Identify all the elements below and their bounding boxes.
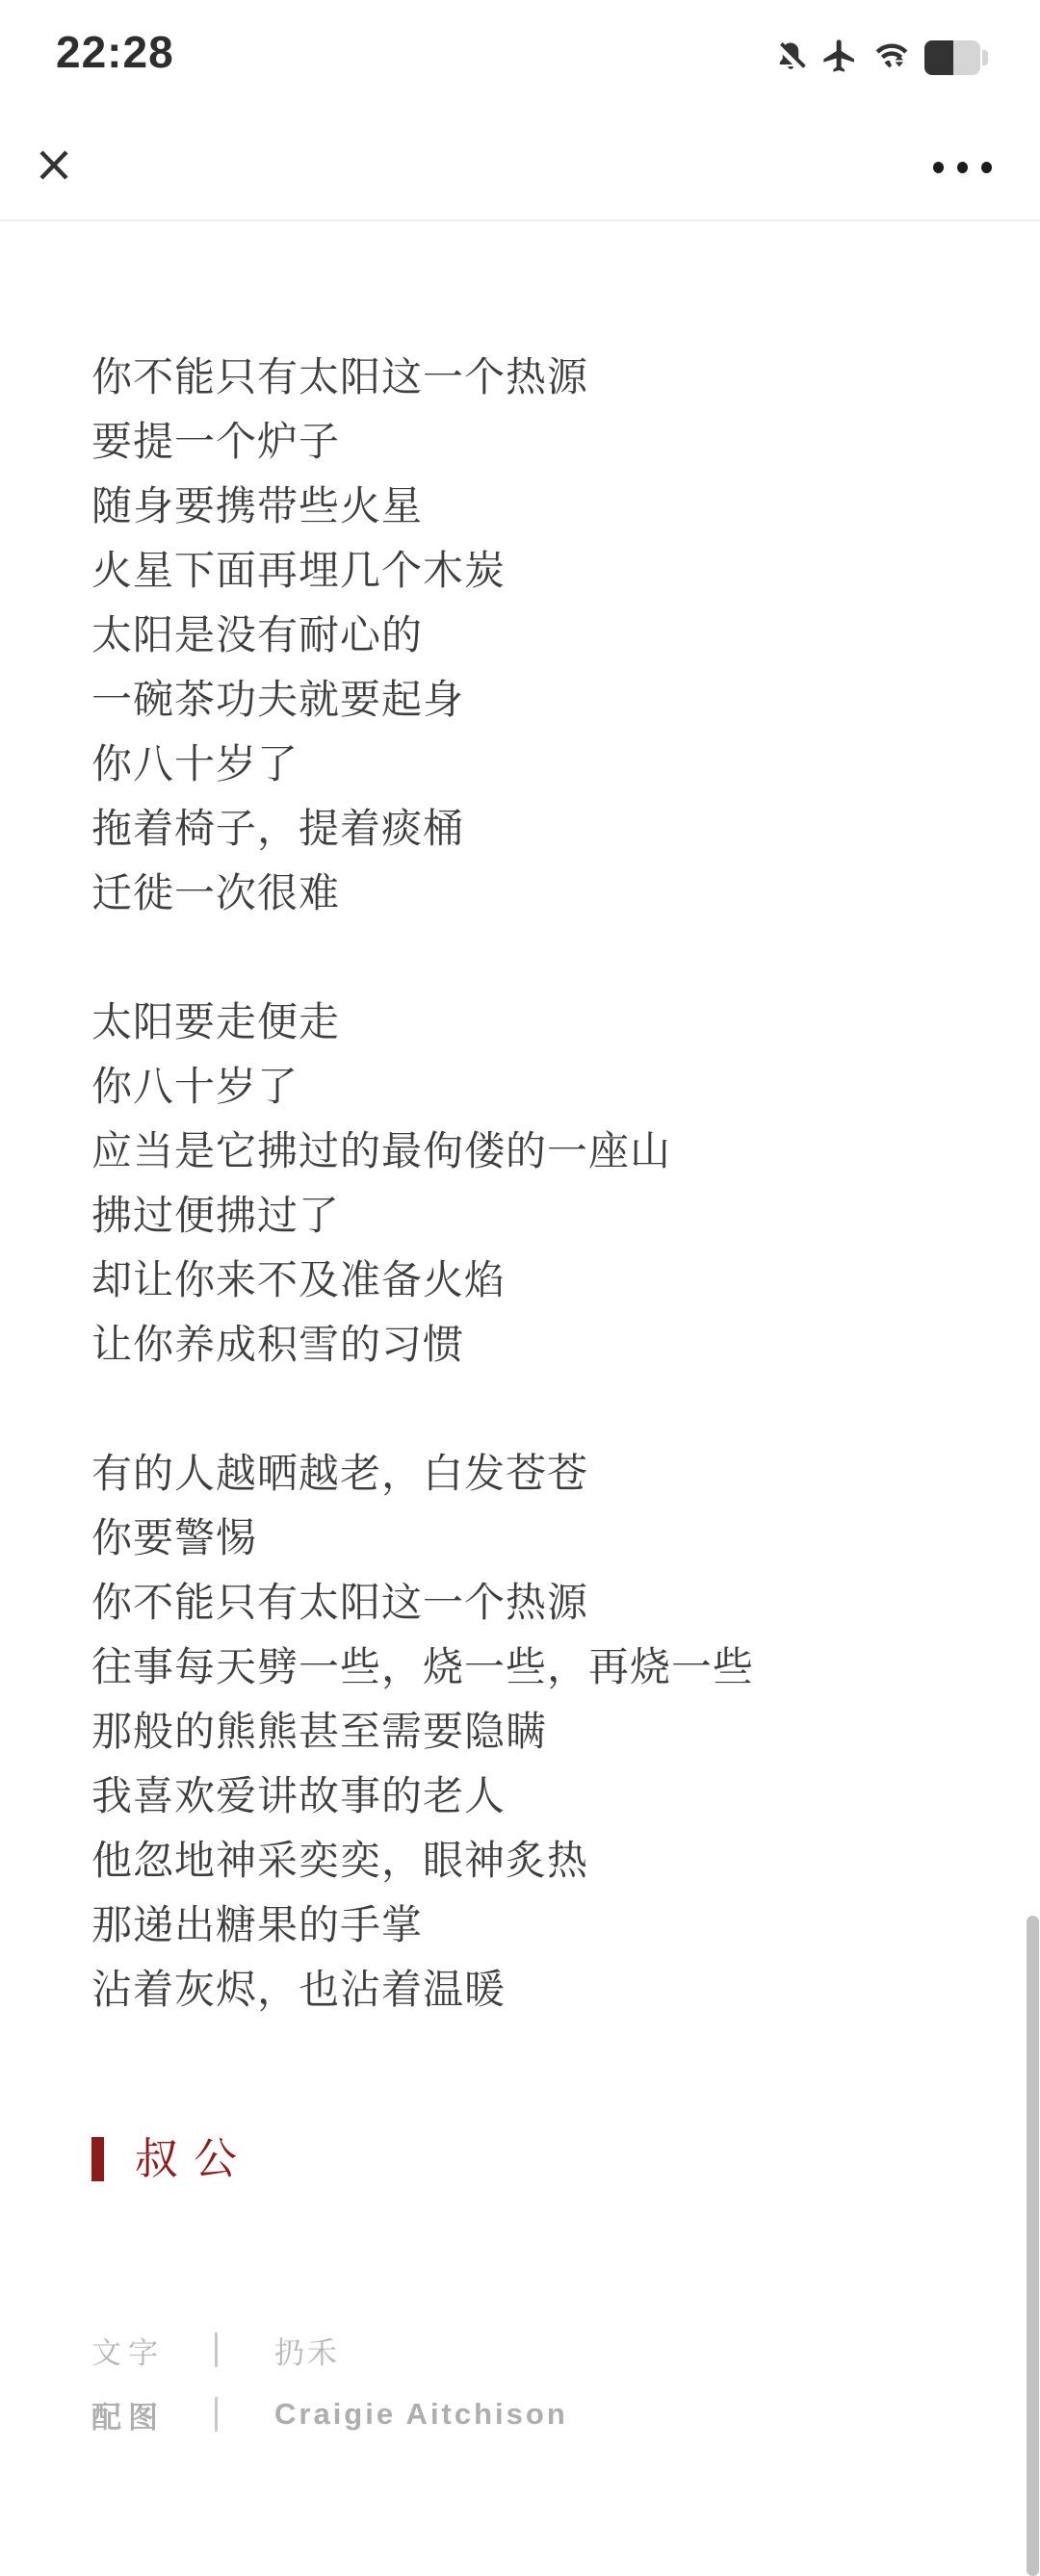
poem-line: 那递出糖果的手掌 bbox=[91, 1893, 949, 1957]
article-content: 你不能只有太阳这一个热源要提一个炉子随身要携带些火星火星下面再埋几个木炭太阳是没… bbox=[0, 345, 1040, 2438]
credit-separator bbox=[215, 2397, 218, 2432]
poem-line: 你不能只有太阳这一个热源 bbox=[91, 345, 949, 409]
poem-line: 有的人越晒越老，白发苍苍 bbox=[91, 1441, 949, 1506]
poem-stanza: 太阳要走便走你八十岁了应当是它拂过的最佝偻的一座山拂过便拂过了却让你来不及准备火… bbox=[91, 990, 949, 1377]
poem-line: 火星下面再埋几个木炭 bbox=[91, 538, 949, 603]
credit-row: 配图Craigie Aitchison bbox=[91, 2390, 949, 2438]
credits: 文字扔禾配图Craigie Aitchison bbox=[91, 2326, 949, 2438]
status-time: 22:28 bbox=[56, 29, 174, 75]
poem-line: 他忽地神采奕奕，眼神炙热 bbox=[91, 1828, 949, 1893]
poem-line: 沾着灰烬，也沾着温暖 bbox=[91, 1957, 949, 2022]
credit-value: 扔禾 bbox=[274, 2329, 340, 2372]
battery-icon bbox=[924, 40, 988, 75]
poem-line: 迁徙一次很难 bbox=[91, 861, 949, 925]
poem-line: 你不能只有太阳这一个热源 bbox=[91, 1570, 949, 1635]
poem-line: 太阳是没有耐心的 bbox=[91, 603, 949, 667]
poem-line: 你八十岁了 bbox=[91, 732, 949, 796]
poem-line: 我喜欢爱讲故事的老人 bbox=[91, 1764, 949, 1828]
wifi-icon bbox=[871, 37, 912, 80]
title-accent-bar bbox=[91, 2137, 104, 2181]
credit-label: 配图 bbox=[91, 2393, 165, 2436]
poem-title: 叔公 bbox=[135, 2129, 252, 2189]
poem-line: 你要警惕 bbox=[91, 1506, 949, 1570]
notifications-off-icon bbox=[773, 38, 808, 79]
poem-line: 随身要携带些火星 bbox=[91, 474, 949, 538]
poem-line: 你八十岁了 bbox=[91, 1054, 949, 1119]
credit-row: 文字扔禾 bbox=[91, 2326, 949, 2374]
scrollbar-thumb[interactable] bbox=[1027, 1916, 1039, 2576]
close-icon bbox=[32, 142, 74, 185]
nav-bar bbox=[0, 125, 1040, 221]
close-button[interactable] bbox=[32, 142, 74, 185]
poem: 你不能只有太阳这一个热源要提一个炉子随身要携带些火星火星下面再埋几个木炭太阳是没… bbox=[91, 345, 949, 2022]
credit-value: Craigie Aitchison bbox=[274, 2397, 568, 2432]
credit-label: 文字 bbox=[91, 2329, 165, 2372]
airplane-mode-icon bbox=[820, 37, 859, 80]
poem-line: 应当是它拂过的最佝偻的一座山 bbox=[91, 1119, 949, 1183]
poem-line: 拂过便拂过了 bbox=[91, 1183, 949, 1248]
poem-line: 一碗茶功夫就要起身 bbox=[91, 667, 949, 732]
poem-line: 却让你来不及准备火焰 bbox=[91, 1248, 949, 1312]
poem-line: 让你养成积雪的习惯 bbox=[91, 1312, 949, 1377]
battery-fill bbox=[924, 40, 953, 75]
poem-stanza: 你不能只有太阳这一个热源要提一个炉子随身要携带些火星火星下面再埋几个木炭太阳是没… bbox=[91, 345, 949, 925]
poem-line: 拖着椅子，提着痰桶 bbox=[91, 796, 949, 861]
status-icons bbox=[773, 39, 988, 77]
more-options-button[interactable] bbox=[931, 156, 994, 179]
status-bar: 22:28 bbox=[0, 0, 1040, 125]
poem-line: 那般的熊熊甚至需要隐瞒 bbox=[91, 1699, 949, 1764]
poem-title-row: 叔公 bbox=[91, 2129, 949, 2189]
poem-line: 往事每天劈一些，烧一些，再烧一些 bbox=[91, 1635, 949, 1699]
poem-stanza: 有的人越晒越老，白发苍苍你要警惕你不能只有太阳这一个热源往事每天劈一些，烧一些，… bbox=[91, 1441, 949, 2022]
more-options-icon bbox=[933, 162, 944, 173]
poem-line: 太阳要走便走 bbox=[91, 990, 949, 1054]
poem-line: 要提一个炉子 bbox=[91, 409, 949, 474]
credit-separator bbox=[215, 2332, 218, 2367]
